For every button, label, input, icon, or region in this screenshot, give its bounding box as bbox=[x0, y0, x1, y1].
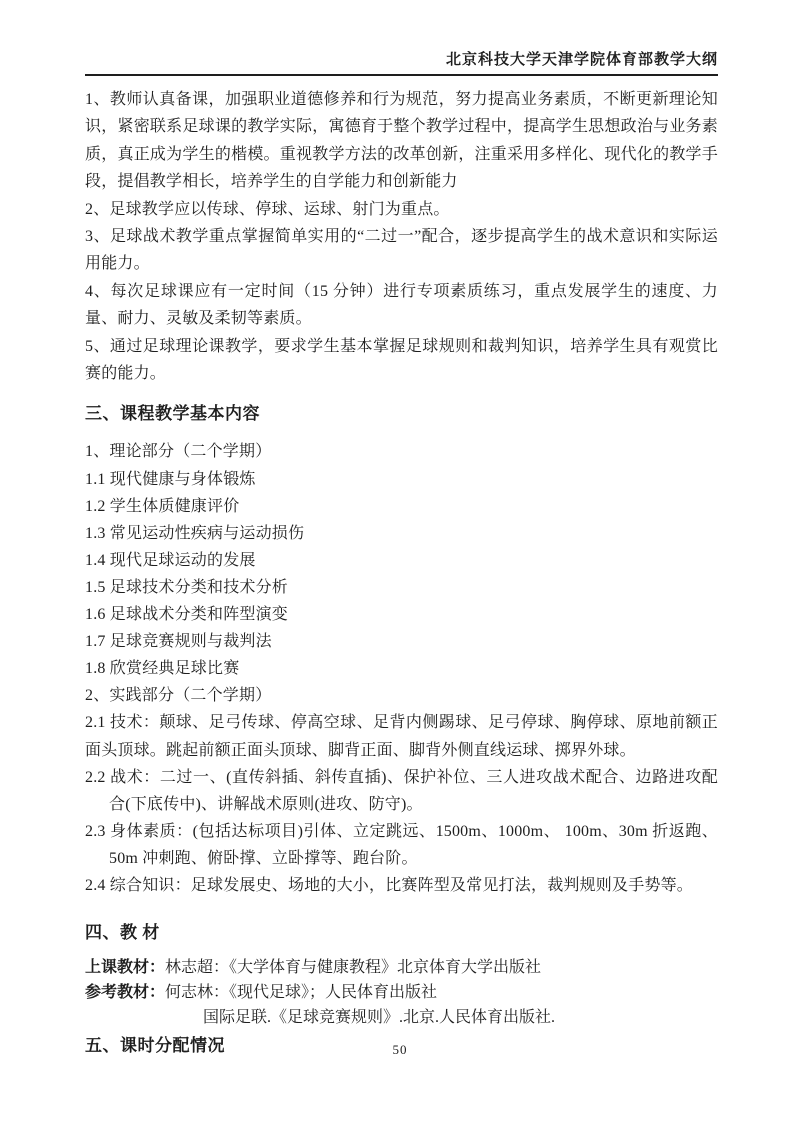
content-item-1-4: 1.4 现代足球运动的发展 bbox=[85, 547, 718, 574]
content-item-1-8: 1.8 欣赏经典足球比赛 bbox=[85, 655, 718, 682]
material-line-course: 上课教材：林志超：《大学体育与健康教程》北京体育大学出版社 bbox=[85, 955, 718, 980]
material-line-fifa: 国际足联.《足球竞赛规则》.北京.人民体育出版社. bbox=[85, 1005, 718, 1030]
section-heading-content: 三、课程教学基本内容 bbox=[85, 402, 718, 426]
intro-paragraph-4: 4、每次足球课应有一定时间（15 分钟）进行专项素质练习，重点发展学生的速度、力… bbox=[85, 278, 718, 333]
content-item-2-1: 2.1 技术：颠球、足弓传球、停高空球、足背内侧踢球、足弓停球、胸停球、原地前额… bbox=[85, 709, 718, 763]
content-item-theory: 1、理论部分（二个学期） bbox=[85, 438, 718, 465]
section-heading-materials: 四、教 材 bbox=[85, 921, 718, 945]
material-line-reference: 参考教材：何志林：《现代足球》；人民体育出版社 bbox=[85, 980, 718, 1005]
content-item-2-2: 2.2 战术：二过一、(直传斜插、斜传直插)、保护补位、三人进攻战术配合、边路进… bbox=[85, 764, 718, 818]
content-item-2-3: 2.3 身体素质：(包括达标项目)引体、立定跳远、1500m、1000m、 10… bbox=[85, 818, 718, 872]
page-header: 北京科技大学天津学院体育部教学大纲 bbox=[85, 50, 718, 76]
content-item-1-1: 1.1 现代健康与身体锻炼 bbox=[85, 466, 718, 493]
document-body: 1、教师认真备课，加强职业道德修养和行为规范，努力提高业务素质，不断更新理论知识… bbox=[85, 86, 718, 1058]
content-item-practice: 2、实践部分（二个学期） bbox=[85, 682, 718, 709]
header-title: 北京科技大学天津学院体育部教学大纲 bbox=[85, 50, 718, 70]
material-text: 何志林：《现代足球》；人民体育出版社 bbox=[165, 984, 437, 1001]
page-number: 50 bbox=[393, 1042, 408, 1057]
content-item-2-4: 2.4 综合知识：足球发展史、场地的大小，比赛阵型及常见打法，裁判规则及手势等。 bbox=[85, 872, 718, 899]
content-item-1-5: 1.5 足球技术分类和技术分析 bbox=[85, 574, 718, 601]
material-text: 国际足联.《足球竞赛规则》.北京.人民体育出版社. bbox=[203, 1009, 555, 1026]
content-item-1-6: 1.6 足球战术分类和阵型演变 bbox=[85, 601, 718, 628]
intro-paragraph-2: 2、足球教学应以传球、停球、运球、射门为重点。 bbox=[85, 196, 718, 223]
material-text: 林志超：《大学体育与健康教程》北京体育大学出版社 bbox=[165, 959, 541, 976]
document-content: 北京科技大学天津学院体育部教学大纲 1、教师认真备课，加强职业道德修养和行为规范… bbox=[85, 50, 718, 1058]
content-item-1-7: 1.7 足球竞赛规则与裁判法 bbox=[85, 628, 718, 655]
page-footer: 50 bbox=[0, 1041, 800, 1059]
document-page: 北京科技大学天津学院体育部教学大纲 1、教师认真备课，加强职业道德修养和行为规范… bbox=[0, 0, 800, 1131]
material-label: 上课教材： bbox=[85, 959, 165, 976]
content-item-1-2: 1.2 学生体质健康评价 bbox=[85, 493, 718, 520]
content-item-1-3: 1.3 常见运动性疾病与运动损伤 bbox=[85, 520, 718, 547]
intro-paragraph-1: 1、教师认真备课，加强职业道德修养和行为规范，努力提高业务素质，不断更新理论知识… bbox=[85, 86, 718, 196]
material-label: 参考教材： bbox=[85, 984, 165, 1001]
intro-paragraph-3: 3、足球战术教学重点掌握简单实用的“二过一”配合，逐步提高学生的战术意识和实际运… bbox=[85, 223, 718, 278]
intro-paragraph-5: 5、通过足球理论课教学，要求学生基本掌握足球规则和裁判知识，培养学生具有观赏比赛… bbox=[85, 333, 718, 388]
